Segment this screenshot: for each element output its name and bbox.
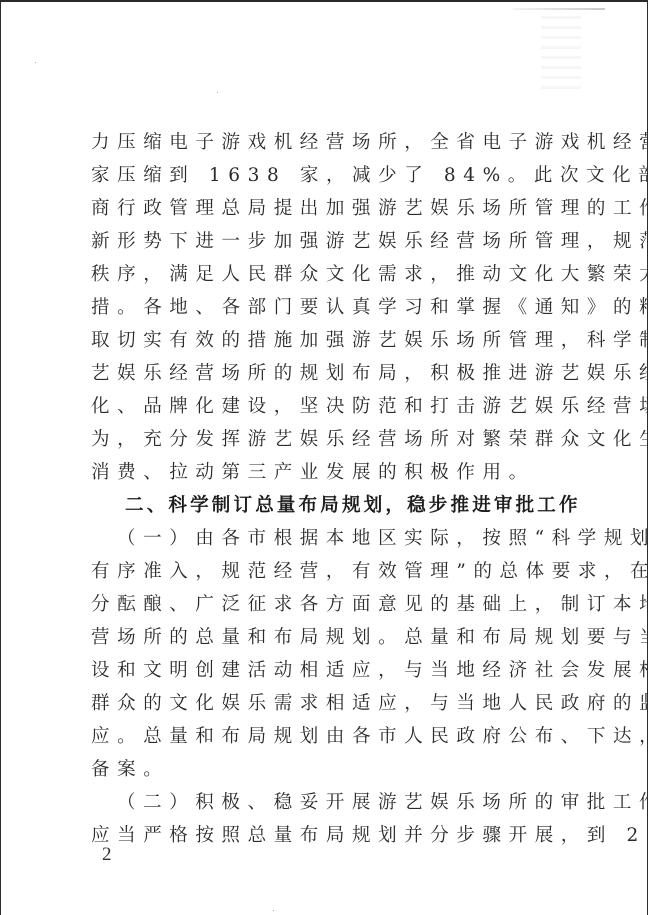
text-line: 家压缩到 1638 家，减少了 84%。此次文化部、公安部、国家工 bbox=[91, 159, 571, 192]
scan-speck bbox=[273, 910, 274, 911]
document-body: 力压缩电子游戏机经营场所，全省电子游戏机经营场所由 10159 家压缩到 163… bbox=[91, 126, 571, 852]
bleed-through-artifact bbox=[541, 16, 581, 91]
text-line: 艺娱乐经营场所的规划布局，积极推进游艺娱乐经营场所连锁 bbox=[91, 357, 571, 390]
text-line: 备案。 bbox=[91, 753, 571, 786]
text-line: 为，充分发挥游艺娱乐经营场所对繁荣群众文化生活、促进文化 bbox=[91, 423, 571, 456]
page-number: 2 bbox=[102, 844, 112, 866]
text-line: 应。总量和布局规划由各市人民政府公布、下达，并报省文化厅 bbox=[91, 720, 571, 753]
text-line: 商行政管理总局提出加强游艺娱乐场所管理的工作要求，是在 bbox=[91, 192, 571, 225]
scan-speck bbox=[217, 92, 218, 93]
text-line: （一）由各市根据本地区实际，按照“科学规划，合理布局， bbox=[91, 522, 571, 555]
text-line: 消费、拉动第三产业发展的积极作用。 bbox=[91, 456, 571, 489]
text-line: 设和文明创建活动相适应，与当地经济社会发展相适应，与人民 bbox=[91, 654, 571, 687]
text-line: 群众的文化娱乐需求相适应，与当地人民政府的监管能力相适 bbox=[91, 687, 571, 720]
document-page: 力压缩电子游戏机经营场所，全省电子游戏机经营场所由 10159 家压缩到 163… bbox=[1, 2, 647, 915]
text-line: 新形势下进一步加强游艺娱乐经营场所管理，规范游艺娱乐市场 bbox=[91, 225, 571, 258]
text-line: （二）积极、稳妥开展游艺娱乐场所的审批工作。审批工作 bbox=[91, 786, 571, 819]
scan-artifact bbox=[513, 8, 605, 10]
text-line: 有序准入，规范经营，有效管理”的总体要求，在调查研究、充 bbox=[91, 555, 571, 588]
text-line: 营场所的总量和布局规划。总量和布局规划要与当地和谐社会建 bbox=[91, 621, 571, 654]
text-line: 措。各地、各部门要认真学习和掌握《通知》的精神实质，并采 bbox=[91, 291, 571, 324]
text-line: 化、品牌化建设，坚决防范和打击游艺娱乐经营场所违法违规行 bbox=[91, 390, 571, 423]
text-line: 分酝酿、广泛征求各方面意见的基础上，制订本地区游艺娱乐经 bbox=[91, 588, 571, 621]
text-line: 秩序，满足人民群众文化需求，推动文化大繁荣大发展的重要举 bbox=[91, 258, 571, 291]
scan-speck bbox=[35, 62, 36, 63]
text-line: 应当严格按照总量布局规划并分步骤开展，到 2010 年底前，主 bbox=[91, 819, 571, 852]
section-heading: 二、科学制订总量布局规划，稳步推进审批工作 bbox=[91, 489, 571, 522]
text-line: 力压缩电子游戏机经营场所，全省电子游戏机经营场所由 10159 bbox=[91, 126, 571, 159]
text-line: 取切实有效的措施加强游艺娱乐场所管理，科学制订本地区的游 bbox=[91, 324, 571, 357]
